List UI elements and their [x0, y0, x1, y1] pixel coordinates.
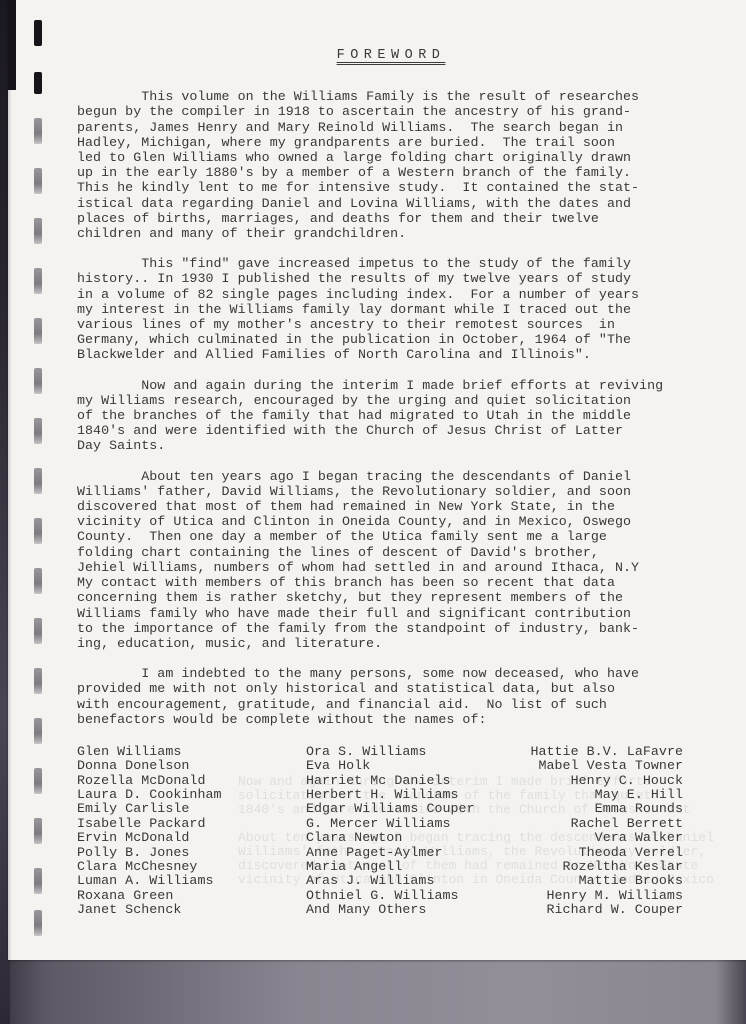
- benefactor-name: G. Mercer Williams: [306, 817, 475, 831]
- binding-hole: [34, 218, 42, 244]
- benefactor-name: Clara Newton: [306, 831, 475, 845]
- benefactor-name: Mattie Brooks: [530, 874, 683, 888]
- benefactor-name: Polly B. Jones: [77, 846, 222, 860]
- benefactor-name: Aras J. Williams: [306, 874, 475, 888]
- benefactor-name: Glen Williams: [77, 745, 222, 759]
- binding-hole: [34, 318, 42, 344]
- binding-hole: [34, 910, 42, 936]
- paragraph-utah-branches: Now and again during the interim I made …: [77, 378, 697, 454]
- binding-hole: [34, 418, 42, 444]
- benefactor-name: And Many Others: [306, 903, 475, 917]
- benefactor-name: Vera Walker: [530, 831, 683, 845]
- benefactor-name: Eva Holk: [306, 759, 475, 773]
- paragraph-origins: This volume on the Williams Family is th…: [77, 89, 697, 241]
- page-corner-shadow: [8, 0, 16, 90]
- benefactors-column-2: Ora S. Williams Eva Holk Harriet Mc Dani…: [306, 745, 475, 918]
- binding-hole: [34, 118, 42, 144]
- benefactor-name: May E. Hill: [530, 788, 683, 802]
- benefactor-name: Rozeltha Keslar: [530, 860, 683, 874]
- paragraph-acknowledgement: I am indebted to the many persons, some …: [77, 666, 697, 727]
- benefactor-name: Emma Rounds: [530, 802, 683, 816]
- binding-hole: [34, 268, 42, 294]
- benefactor-name: Emily Carlisle: [77, 802, 222, 816]
- binding-hole: [34, 768, 42, 794]
- paragraph-first-publication: This "find" gave increased impetus to th…: [77, 256, 697, 362]
- binding-hole: [34, 72, 42, 94]
- benefactor-name: Edgar Williams Couper: [306, 802, 475, 816]
- benefactor-name: Richard W. Couper: [530, 903, 683, 917]
- benefactor-name: Luman A. Williams: [77, 874, 222, 888]
- benefactor-name: Hattie B.V. LaFavre: [530, 745, 683, 759]
- binding-hole: [34, 518, 42, 544]
- binding-hole: [34, 618, 42, 644]
- benefactor-name: Maria Angell: [306, 860, 475, 874]
- benefactor-name: Anne Paget-Aylmer: [306, 846, 475, 860]
- benefactor-name: Rozella McDonald: [77, 774, 222, 788]
- benefactor-name: Theoda Verrel: [530, 846, 683, 860]
- benefactor-name: Harriet Mc Daniels: [306, 774, 475, 788]
- benefactors-column-3: Hattie B.V. LaFavre Mabel Vesta Towner H…: [530, 745, 683, 918]
- benefactor-name: Clara McChesney: [77, 860, 222, 874]
- binding-hole: [34, 368, 42, 394]
- benefactor-name: Mabel Vesta Towner: [530, 759, 683, 773]
- benefactor-name: Henry C. Houck: [530, 774, 683, 788]
- foreword-content: FOREWORD This volume on the Williams Fam…: [77, 48, 697, 925]
- benefactor-name: Donna Donelson: [77, 759, 222, 773]
- benefactor-name: Janet Schenck: [77, 903, 222, 917]
- benefactors-list: Glen Williams Donna Donelson Rozella McD…: [77, 745, 697, 925]
- binding-hole: [34, 20, 42, 46]
- benefactor-name: Roxana Green: [77, 889, 222, 903]
- binding-hole: [34, 818, 42, 844]
- benefactor-name: Rachel Berrett: [530, 817, 683, 831]
- benefactor-name: Laura D. Cookinham: [77, 788, 222, 802]
- binding-hole: [34, 868, 42, 894]
- benefactor-name: Henry M. Williams: [530, 889, 683, 903]
- benefactor-name: Othniel G. Williams: [306, 889, 475, 903]
- benefactor-name: Herbert H. Williams: [306, 788, 475, 802]
- binding-hole: [34, 168, 42, 194]
- benefactors-column-1: Glen Williams Donna Donelson Rozella McD…: [77, 745, 222, 918]
- benefactor-name: Ervin McDonald: [77, 831, 222, 845]
- binding-hole: [34, 468, 42, 494]
- binding-hole: [34, 668, 42, 694]
- benefactor-name: Ora S. Williams: [306, 745, 475, 759]
- paragraph-new-york-branches: About ten years ago I began tracing the …: [77, 469, 697, 651]
- benefactor-name: Isabelle Packard: [77, 817, 222, 831]
- page-title: FOREWORD: [85, 48, 697, 63]
- binding-hole: [34, 568, 42, 594]
- binding-hole: [34, 718, 42, 744]
